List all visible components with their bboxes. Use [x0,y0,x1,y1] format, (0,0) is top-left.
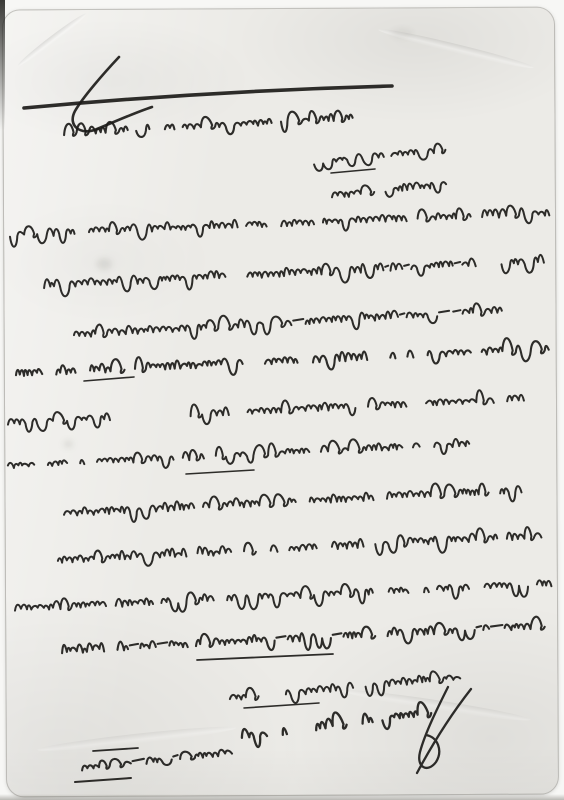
paper-smudge [391,28,413,38]
paper-smudge [96,258,112,270]
postcard-paper [3,8,558,797]
paper-bottom-shadow [0,794,564,800]
paper-smudge [63,440,73,448]
scanned-postcard [0,0,564,800]
paper-crease-top-left [16,11,89,69]
paper-crease-bottom-right [342,686,531,725]
paper-crease-bottom-left [37,723,237,755]
scanner-edge-shadow [0,0,5,130]
